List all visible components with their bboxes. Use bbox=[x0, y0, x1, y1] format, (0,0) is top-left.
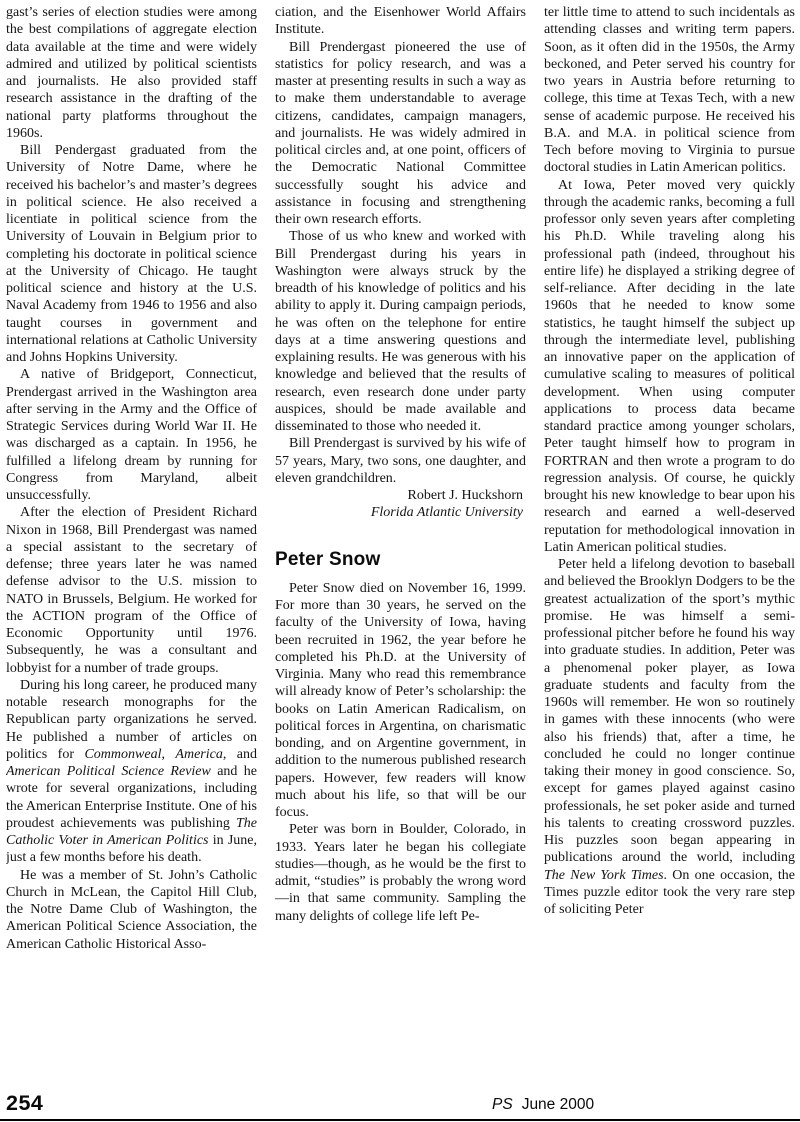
paragraph: At Iowa, Peter moved very quickly throug… bbox=[544, 177, 795, 557]
body-text: Peter Snow died on November 16, 1999. Fo… bbox=[275, 581, 526, 820]
body-text: ciation, and the Eisenhower World Affair… bbox=[275, 5, 526, 37]
paragraph: A native of Bridgeport, Connecticut, Pre… bbox=[6, 366, 257, 504]
paragraph: Bill Prendergast pioneered the use of st… bbox=[275, 39, 526, 229]
body-text: Bill Pendergast graduated from the Unive… bbox=[6, 143, 257, 365]
italic-title: American Political Science Review bbox=[6, 764, 211, 779]
text-columns: gast’s series of election studies were a… bbox=[6, 4, 795, 1096]
journal-page: gast’s series of election studies were a… bbox=[0, 0, 800, 1122]
page-number: 254 bbox=[6, 1091, 43, 1116]
body-text: After the election of President Richard … bbox=[6, 505, 257, 675]
paragraph: Bill Pendergast graduated from the Unive… bbox=[6, 142, 257, 366]
paragraph: Bill Prendergast is survived by his wife… bbox=[275, 435, 526, 487]
paragraph: ter little time to attend to such incide… bbox=[544, 4, 795, 177]
column-3: ter little time to attend to such incide… bbox=[544, 4, 795, 1096]
section-heading: Peter Snow bbox=[275, 551, 526, 568]
body-text: Peter was born in Boulder, Colorado, in … bbox=[275, 822, 526, 923]
italic-title: Commonweal bbox=[84, 747, 161, 762]
signature-affiliation: Florida Atlantic University bbox=[275, 504, 523, 521]
paragraph: ciation, and the Eisenhower World Affair… bbox=[275, 4, 526, 39]
italic-title: America bbox=[175, 747, 222, 762]
paragraph: He was a member of St. John’s Catholic C… bbox=[6, 867, 257, 953]
paragraph: gast’s series of election studies were a… bbox=[6, 4, 257, 142]
paragraph: After the election of President Richard … bbox=[6, 504, 257, 677]
column-2: ciation, and the Eisenhower World Affair… bbox=[275, 4, 526, 1096]
signature-name: Robert J. Huckshorn bbox=[275, 487, 523, 504]
body-text: ter little time to attend to such incide… bbox=[544, 5, 795, 175]
body-text: gast’s series of election studies were a… bbox=[6, 5, 257, 141]
paragraph: Those of us who knew and worked with Bil… bbox=[275, 228, 526, 435]
paragraph: Peter Snow died on November 16, 1999. Fo… bbox=[275, 580, 526, 822]
body-text: At Iowa, Peter moved very quickly throug… bbox=[544, 178, 795, 555]
body-text: , and bbox=[223, 747, 257, 762]
italic-title: The New York Times bbox=[544, 868, 664, 883]
paragraph: Peter held a lifelong devotion to baseba… bbox=[544, 556, 795, 918]
body-text: Bill Prendergast pioneered the use of st… bbox=[275, 40, 526, 228]
body-text: Those of us who knew and worked with Bil… bbox=[275, 229, 526, 434]
body-text: He was a member of St. John’s Catholic C… bbox=[6, 868, 257, 952]
body-text: Bill Prendergast is survived by his wife… bbox=[275, 436, 526, 486]
body-text: , bbox=[161, 747, 175, 762]
journal-abbreviation: PS bbox=[492, 1096, 513, 1113]
signature-block: Robert J. HuckshornFlorida Atlantic Univ… bbox=[275, 487, 526, 522]
journal-footer: PSJune 2000 bbox=[492, 1096, 594, 1114]
paragraph: During his long career, he produced many… bbox=[6, 677, 257, 867]
body-text: Peter held a lifelong devotion to baseba… bbox=[544, 557, 795, 865]
paragraph: Peter was born in Boulder, Colorado, in … bbox=[275, 821, 526, 925]
body-text: A native of Bridgeport, Connecticut, Pre… bbox=[6, 367, 257, 503]
column-1: gast’s series of election studies were a… bbox=[6, 4, 257, 1096]
issue-date: June 2000 bbox=[522, 1096, 594, 1113]
bottom-rule bbox=[0, 1119, 800, 1122]
